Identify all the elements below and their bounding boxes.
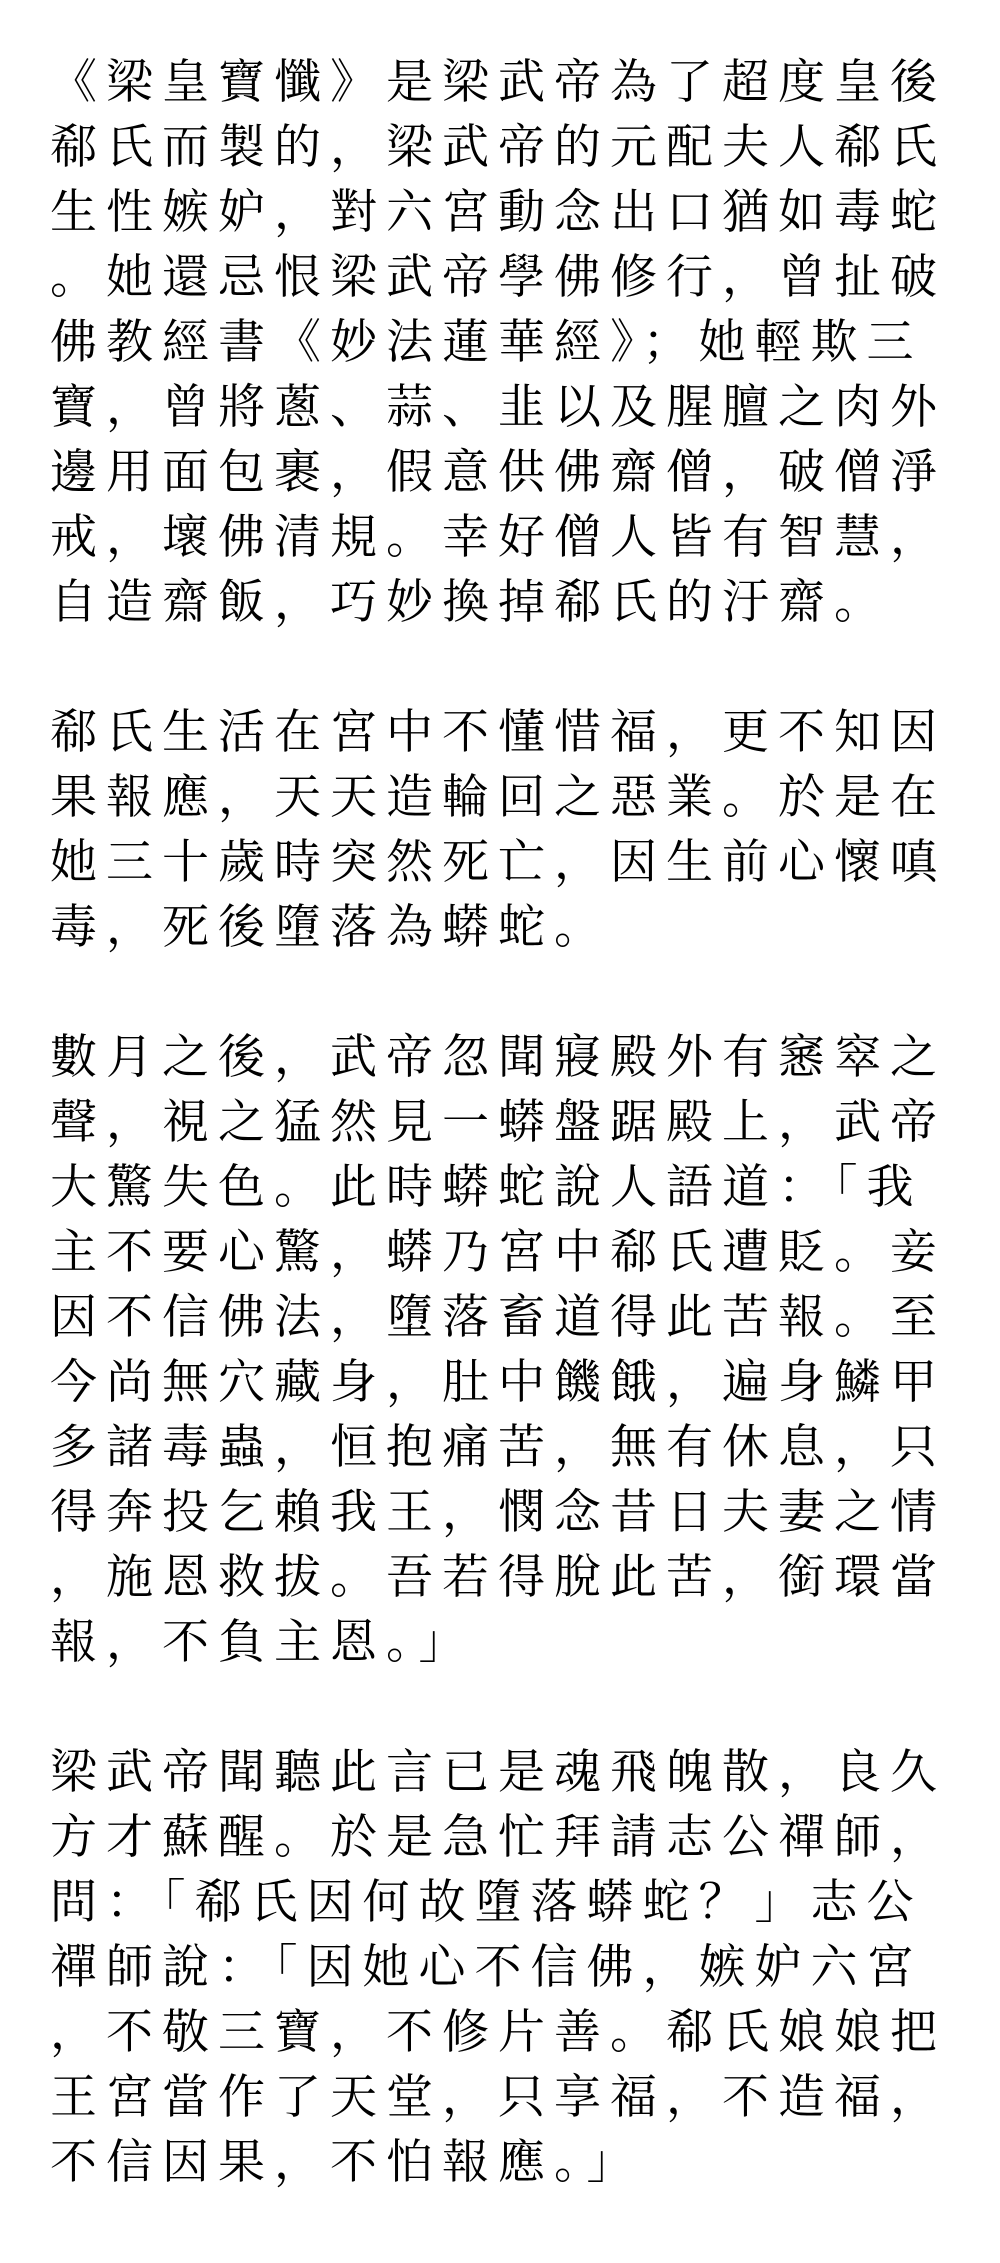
text-line: 自造齋飯，巧妙換掉郗氏的汙齋。	[50, 570, 952, 635]
text-line: 梁武帝聞聽此言已是魂飛魄散，良久	[50, 1740, 952, 1805]
text-line: 今尚無穴藏身，肚中饑餓，遍身鱗甲	[50, 1350, 952, 1415]
paragraph-1: 《梁皇寶懺》是梁武帝為了超度皇後郗氏而製的，梁武帝的元配夫人郗氏生性嫉妒，對六宮…	[50, 50, 952, 635]
paragraph-3: 數月之後，武帝忽聞寢殿外有窸窣之聲，視之猛然見一蟒盤踞殿上，武帝大驚失色。此時蟒…	[50, 1025, 952, 1675]
text-line: 主不要心驚，蟒乃宮中郗氏遭貶。妾	[50, 1220, 952, 1285]
text-line: 問：「郗氏因何故墮落蟒蛇？」志公	[50, 1870, 952, 1935]
text-line: 她三十歲時突然死亡，因生前心懷嗔	[50, 830, 952, 895]
text-line: 方才蘇醒。於是急忙拜請志公禪師，	[50, 1805, 952, 1870]
text-line: 。她還忌恨梁武帝學佛修行，曾扯破	[50, 245, 952, 310]
text-line: 郗氏而製的，梁武帝的元配夫人郗氏	[50, 115, 952, 180]
text-line: 大驚失色。此時蟒蛇說人語道：「我	[50, 1155, 952, 1220]
text-line: 郗氏生活在宮中不懂惜福，更不知因	[50, 700, 952, 765]
text-line: 不信因果，不怕報應。」	[50, 2130, 952, 2195]
text-line: 聲，視之猛然見一蟒盤踞殿上，武帝	[50, 1090, 952, 1155]
text-line: 王宮當作了天堂，只享福，不造福，	[50, 2065, 952, 2130]
text-line: 毒，死後墮落為蟒蛇。	[50, 895, 952, 960]
text-line: 得奔投乞賴我王，憫念昔日夫妻之情	[50, 1480, 952, 1545]
paragraph-2: 郗氏生活在宮中不懂惜福，更不知因果報應，天天造輪回之惡業。於是在她三十歲時突然死…	[50, 700, 952, 960]
text-line: 佛教經書《妙法蓮華經》；她輕欺三	[50, 310, 952, 375]
text-line: 戒，壞佛清規。幸好僧人皆有智慧，	[50, 505, 952, 570]
text-line: 禪師說：「因她心不信佛，嫉妒六宮	[50, 1935, 952, 2000]
text-line: 邊用面包裹，假意供佛齋僧，破僧淨	[50, 440, 952, 505]
text-line: 《梁皇寶懺》是梁武帝為了超度皇後	[50, 50, 952, 115]
text-line: 數月之後，武帝忽聞寢殿外有窸窣之	[50, 1025, 952, 1090]
text-line: 因不信佛法，墮落畜道得此苦報。至	[50, 1285, 952, 1350]
paragraph-4: 梁武帝聞聽此言已是魂飛魄散，良久方才蘇醒。於是急忙拜請志公禪師，問：「郗氏因何故…	[50, 1740, 952, 2195]
text-line: ，不敬三寶，不修片善。郗氏娘娘把	[50, 2000, 952, 2065]
text-line: 果報應，天天造輪回之惡業。於是在	[50, 765, 952, 830]
text-line: 多諸毒蟲，恒抱痛苦，無有休息，只	[50, 1415, 952, 1480]
text-line: 寶，曾將蔥、蒜、韭以及腥膻之肉外	[50, 375, 952, 440]
text-line: 生性嫉妒，對六宮動念出口猶如毒蛇	[50, 180, 952, 245]
text-line: ，施恩救拔。吾若得脫此苦，銜環當	[50, 1545, 952, 1610]
document-page: 《梁皇寶懺》是梁武帝為了超度皇後郗氏而製的，梁武帝的元配夫人郗氏生性嫉妒，對六宮…	[0, 0, 1000, 2263]
text-line: 報，不負主恩。」	[50, 1610, 952, 1675]
